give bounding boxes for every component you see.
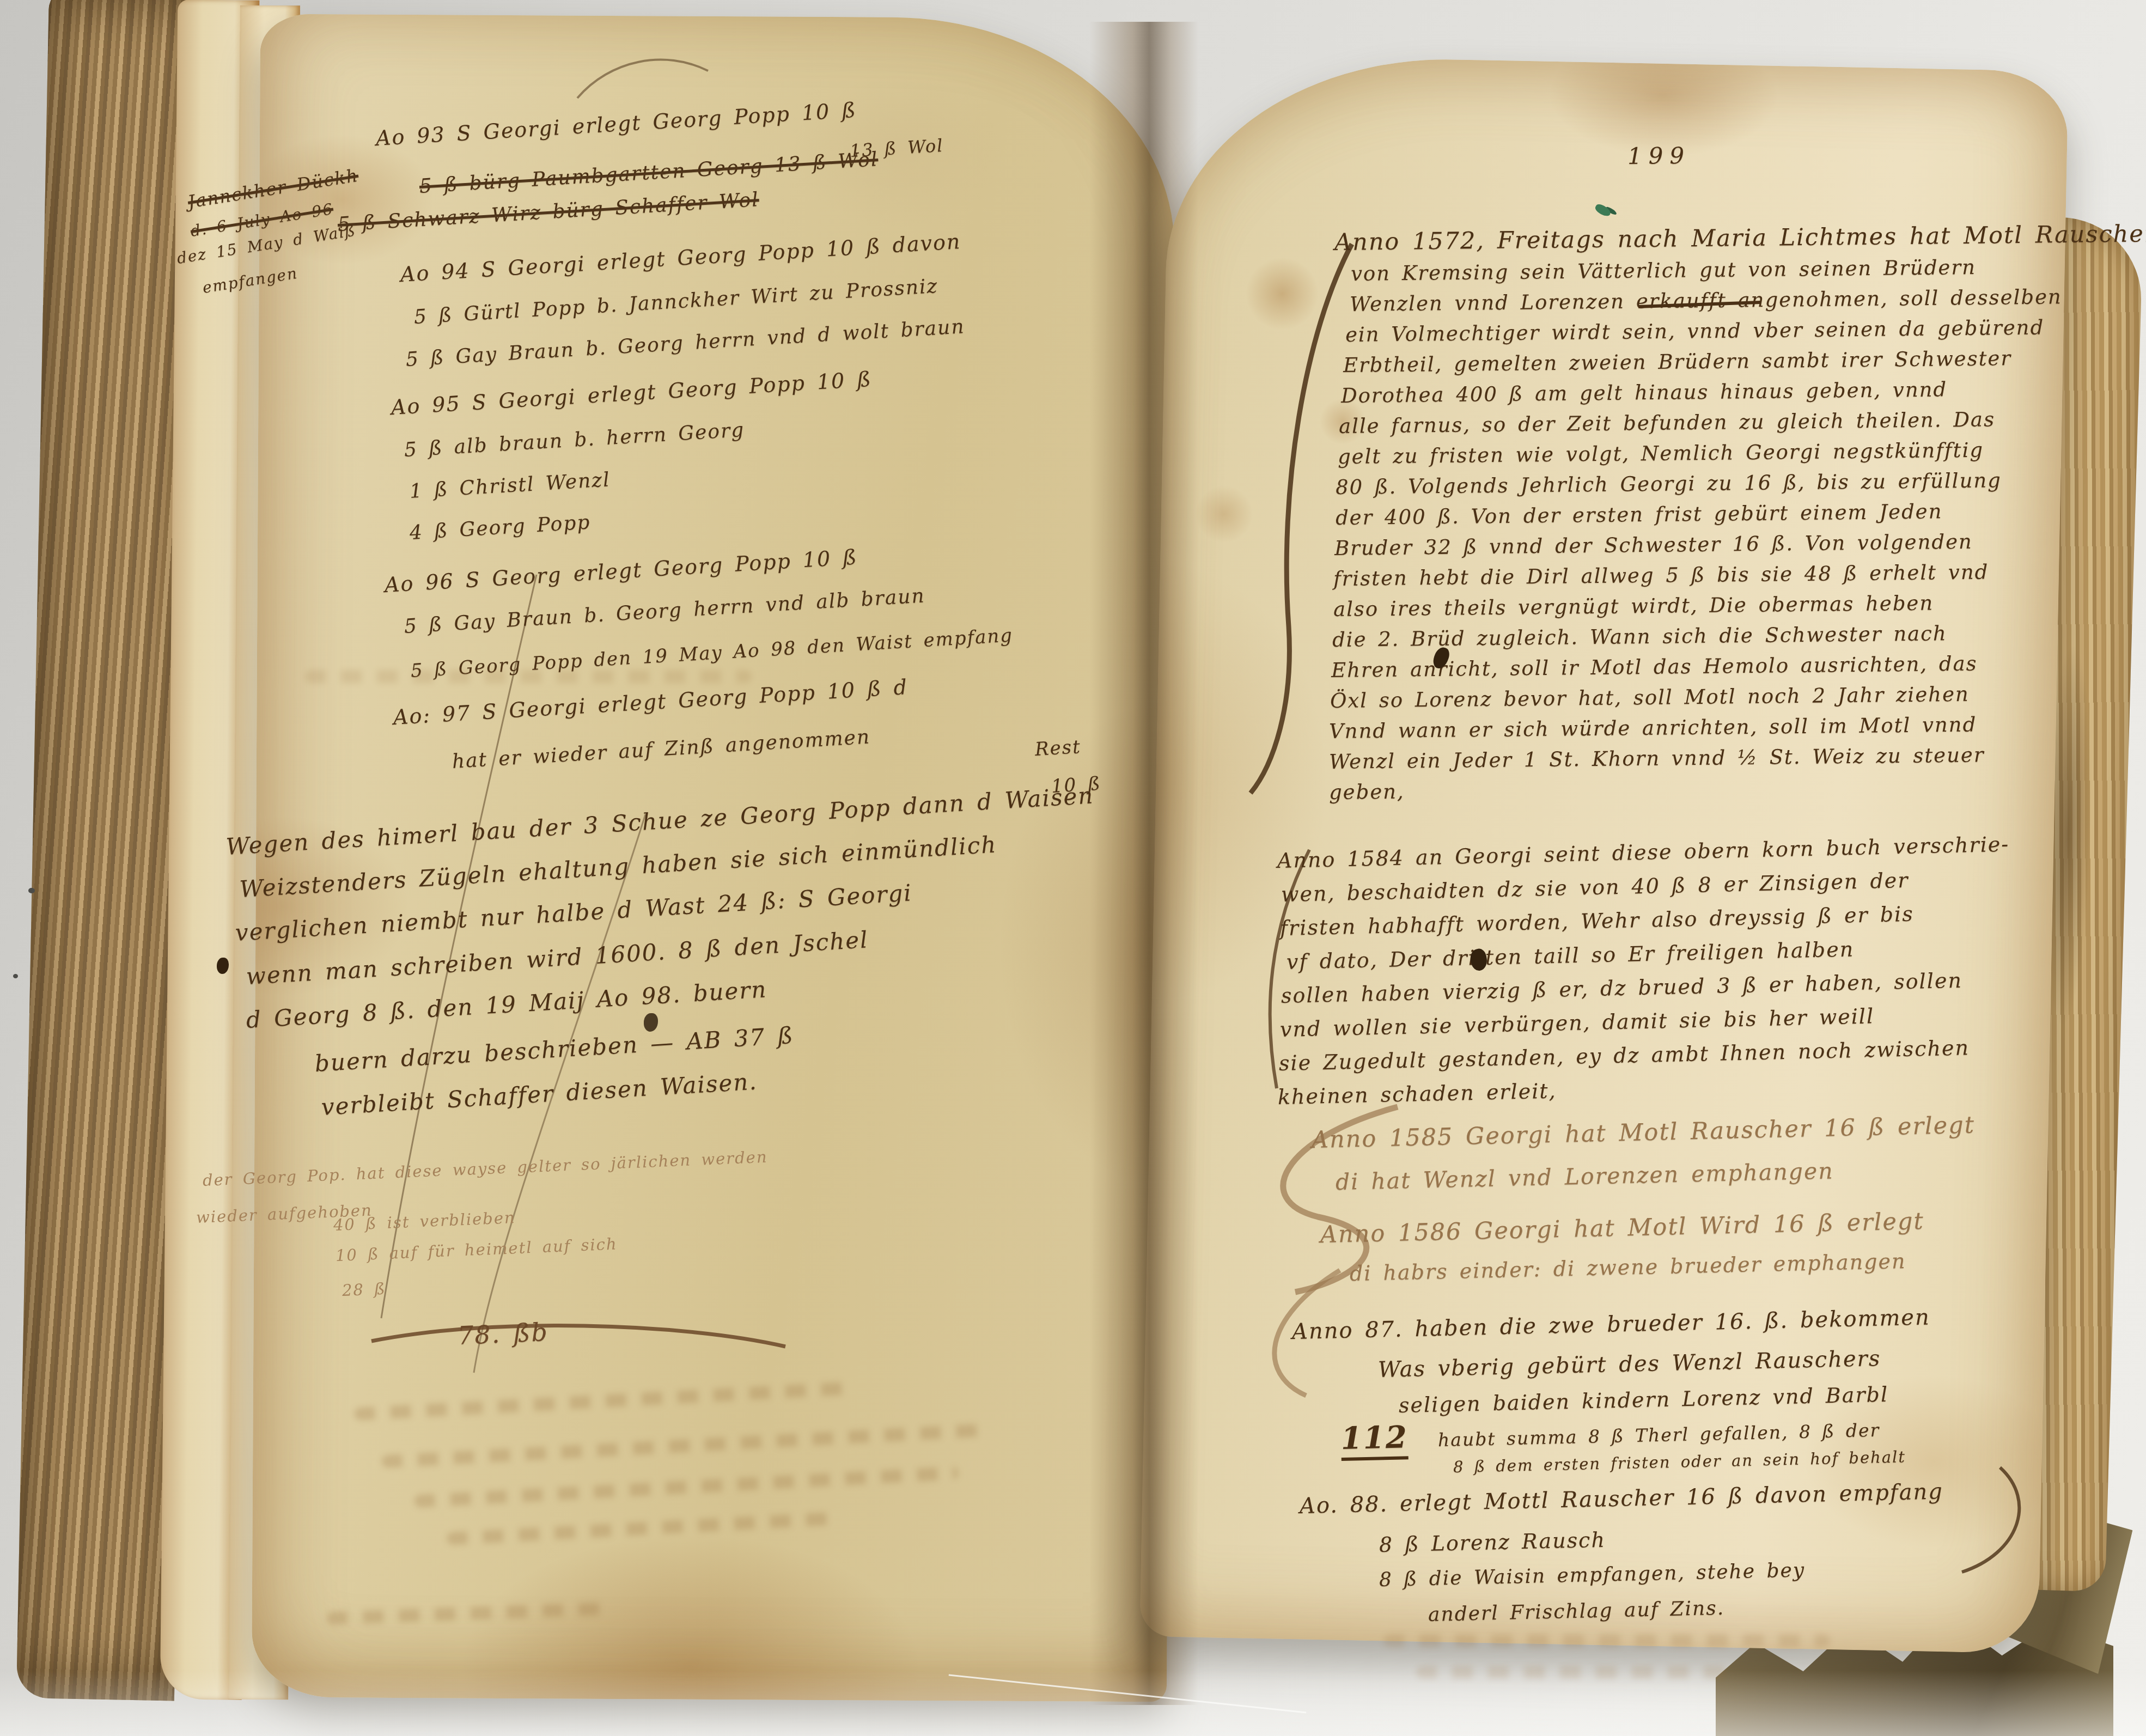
gutter-shadow <box>1089 22 1198 1705</box>
faded-note-line: 28 ß <box>342 1280 386 1300</box>
manuscript-photo: 199 Anno 1572, Freitags nach Maria Licht… <box>0 0 2146 1736</box>
sum-line: 78. ßb <box>457 1317 549 1350</box>
ghost-bleed-line <box>305 670 752 683</box>
rest-label: Rest <box>1034 736 1082 760</box>
dust-speck <box>13 974 18 978</box>
margin-number: 112 <box>1340 1419 1409 1461</box>
ghost-bleed-line <box>1416 1666 1732 1679</box>
ghost-bleed-line <box>1383 1634 1830 1647</box>
dust-speck <box>28 888 35 893</box>
page-number: 199 <box>1627 142 1691 169</box>
manuscript-line: 8 ß Lorenz Rausch <box>1379 1528 1606 1557</box>
manuscript-line: geben, <box>1329 780 1405 804</box>
